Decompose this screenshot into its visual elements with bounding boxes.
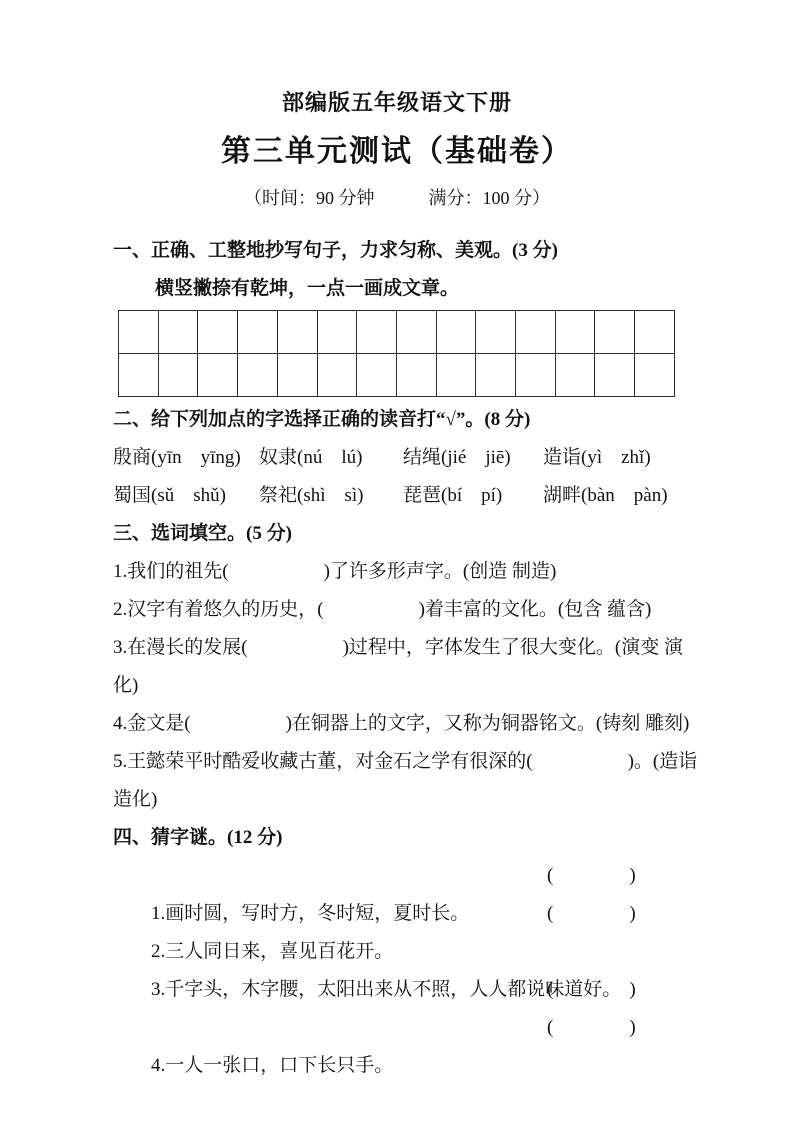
grid-cell[interactable]: [516, 354, 556, 397]
fill-item-2[interactable]: 2.汉字有着悠久的历史，( )着丰富的文化。(包含 蕴含): [113, 591, 681, 629]
grid-cell[interactable]: [476, 311, 516, 354]
pinyin-choice-yinshang[interactable]: 殷商(yīn yīng): [113, 439, 259, 477]
riddle-3-answer-blank[interactable]: ( ): [547, 971, 636, 1009]
fill-item-5-wrap: 造化): [113, 781, 681, 819]
exam-time-score-meta: （时间：90 分钟 满分：100 分）: [113, 184, 681, 212]
grid-cell[interactable]: [436, 311, 476, 354]
fill-item-3[interactable]: 3.在漫长的发展( )过程中，字体发生了很大变化。(演变 演: [113, 629, 681, 667]
riddle-1: 1.画时圆，写时方，冬时短，夏时长。 ( ): [113, 857, 681, 895]
writing-grid[interactable]: [118, 310, 675, 397]
section2-heading: 二、给下列加点的字选择正确的读音打“√”。(8 分): [113, 401, 681, 439]
grid-cell[interactable]: [317, 354, 357, 397]
grid-cell[interactable]: [198, 354, 238, 397]
riddle-2: 2.三人同日来，喜见百花开。 ( ): [113, 895, 681, 933]
test-paper-page: 部编版五年级语文下册 第三单元测试（基础卷） （时间：90 分钟 满分：100 …: [0, 0, 794, 1123]
grid-cell[interactable]: [119, 354, 159, 397]
fill-item-1[interactable]: 1.我们的祖先( )了许多形声字。(创造 制造): [113, 553, 681, 591]
pinyin-choice-pipa[interactable]: 琵琶(bí pí): [403, 477, 543, 515]
page-title: 第三单元测试（基础卷）: [113, 130, 681, 174]
pinyin-choice-hupan[interactable]: 湖畔(bàn pàn): [543, 477, 681, 515]
section4-heading: 四、猜字谜。(12 分): [113, 819, 681, 857]
grid-cell[interactable]: [516, 311, 556, 354]
riddle-3: 3.千字头，木字腰，太阳出来从不照，人人都说味道好。: [113, 933, 681, 971]
grid-cell[interactable]: [555, 311, 595, 354]
grid-cell[interactable]: [158, 354, 198, 397]
grid-cell[interactable]: [357, 311, 397, 354]
pinyin-choice-jisi[interactable]: 祭祀(shì sì): [259, 477, 403, 515]
riddle-1-answer-blank[interactable]: ( ): [547, 857, 636, 895]
pinyin-row-1: 殷商(yīn yīng) 奴隶(nú lú) 结绳(jié jiē) 造诣(yì…: [113, 439, 681, 477]
grid-cell[interactable]: [635, 311, 675, 354]
series-title: 部编版五年级语文下册: [113, 88, 681, 118]
grid-cell[interactable]: [595, 311, 635, 354]
riddle-3-answer-line: ( ): [113, 971, 681, 1009]
grid-cell[interactable]: [198, 311, 238, 354]
pinyin-choice-nuli[interactable]: 奴隶(nú lú): [259, 439, 403, 477]
fill-item-3-wrap: 化): [113, 667, 681, 705]
fill-item-4[interactable]: 4.金文是( )在铜器上的文字，又称为铜器铭文。(铸刻 雕刻): [113, 705, 681, 743]
grid-cell[interactable]: [238, 311, 278, 354]
grid-cell[interactable]: [396, 354, 436, 397]
grid-cell[interactable]: [476, 354, 516, 397]
riddle-2-answer-blank[interactable]: ( ): [547, 895, 636, 933]
riddle-4: 4.一人一张口，口下长只手。 ( ): [113, 1009, 681, 1047]
writing-grid-body[interactable]: [119, 311, 675, 397]
copy-sentence: 横竖撇捺有乾坤，一点一画成文章。: [113, 270, 681, 308]
grid-cell[interactable]: [396, 311, 436, 354]
riddle-4-text: 4.一人一张口，口下长只手。: [151, 1055, 393, 1076]
grid-cell[interactable]: [635, 354, 675, 397]
pinyin-row-2: 蜀国(sǔ shǔ) 祭祀(shì sì) 琵琶(bí pí) 湖畔(bàn p…: [113, 477, 681, 515]
grid-cell[interactable]: [238, 354, 278, 397]
pinyin-choice-zaoyi[interactable]: 造诣(yì zhǐ): [543, 439, 681, 477]
section1-heading: 一、正确、工整地抄写句子，力求匀称、美观。(3 分): [113, 232, 681, 270]
section3-heading: 三、选词填空。(5 分): [113, 515, 681, 553]
paper-content: 部编版五年级语文下册 第三单元测试（基础卷） （时间：90 分钟 满分：100 …: [113, 88, 681, 1047]
grid-cell[interactable]: [555, 354, 595, 397]
grid-cell[interactable]: [436, 354, 476, 397]
grid-cell[interactable]: [317, 311, 357, 354]
grid-cell[interactable]: [158, 311, 198, 354]
grid-cell[interactable]: [595, 354, 635, 397]
grid-cell[interactable]: [277, 311, 317, 354]
paper-body: 一、正确、工整地抄写句子，力求匀称、美观。(3 分) 横竖撇捺有乾坤，一点一画成…: [113, 232, 681, 1047]
riddle-4-answer-blank[interactable]: ( ): [547, 1009, 636, 1047]
grid-cell[interactable]: [277, 354, 317, 397]
pinyin-choice-shuguo[interactable]: 蜀国(sǔ shǔ): [113, 477, 259, 515]
fill-item-5[interactable]: 5.王懿荣平时酷爱收藏古董，对金石之学有很深的( )。(造诣: [113, 743, 681, 781]
grid-cell[interactable]: [119, 311, 159, 354]
pinyin-choice-jiesheng[interactable]: 结绳(jié jiē): [403, 439, 543, 477]
grid-cell[interactable]: [357, 354, 397, 397]
